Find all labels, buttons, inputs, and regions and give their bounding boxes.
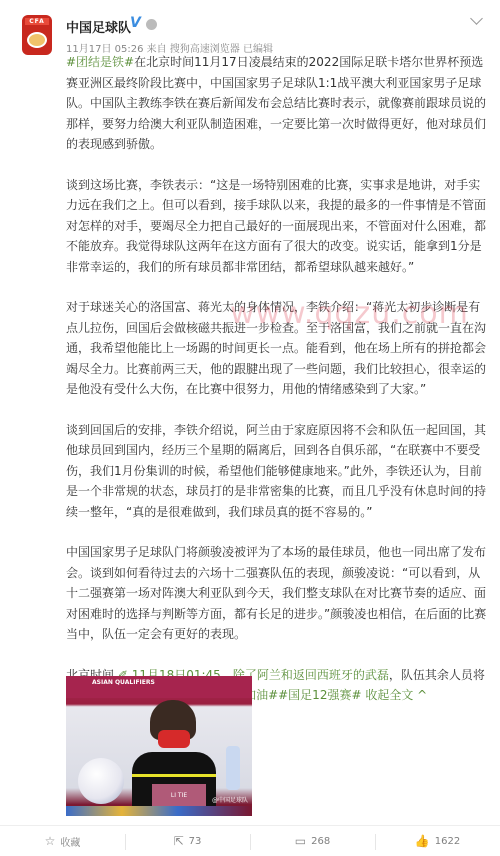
- repost-button[interactable]: ⇱ 73: [125, 826, 250, 856]
- action-bar: ☆ 收藏 ⇱ 73 ▭ 268 👍 1622: [0, 826, 500, 856]
- username[interactable]: 中国足球队: [66, 17, 131, 36]
- thumbs-up-icon: 👍: [415, 834, 430, 848]
- share-icon: ⇱: [174, 834, 184, 848]
- post-image[interactable]: ASIAN QUALIFIERS LI TIE @中国足球队: [66, 676, 252, 816]
- collapse-button[interactable]: 收起全文 ^: [362, 688, 428, 702]
- repost-count: 73: [189, 836, 202, 847]
- avatar[interactable]: CFA: [22, 15, 52, 55]
- image-watermark: @中国足球队: [212, 795, 248, 804]
- comment-icon: ▭: [295, 834, 306, 848]
- comment-button[interactable]: ▭ 268: [250, 826, 375, 856]
- favorite-button[interactable]: ☆ 收藏: [0, 826, 125, 856]
- image-banner-text: ASIAN QUALIFIERS: [66, 676, 252, 698]
- like-count: 1622: [435, 836, 460, 847]
- water-bottle: [226, 746, 240, 790]
- paragraph-3: 对于球迷关心的洛国富、蒋光太的身体情况，李铁介绍：“蒋光太初步诊断是有点儿拉伤，…: [66, 297, 490, 400]
- post-header: CFA 中国足球队 V 11月17日 05:26 来自 搜狗高速浏览器 已编辑: [0, 0, 500, 52]
- level-badge-icon: [146, 19, 157, 30]
- verified-icon: V: [130, 15, 141, 31]
- nameplate: LI TIE: [152, 784, 206, 808]
- star-icon: ☆: [45, 834, 56, 848]
- comment-count: 268: [311, 836, 330, 847]
- avatar-emblem-icon: [27, 32, 47, 48]
- hashtag-link[interactable]: #团结是铁#: [66, 55, 134, 69]
- avatar-badge-text: CFA: [25, 18, 49, 25]
- post-content: #团结是铁#在北京时间11月17日凌晨结束的2022国际足联卡塔尔世界杯预选赛亚…: [66, 52, 490, 706]
- paragraph-1: #团结是铁#在北京时间11月17日凌晨结束的2022国际足联卡塔尔世界杯预选赛亚…: [66, 52, 490, 155]
- like-button[interactable]: 👍 1622: [375, 826, 500, 856]
- paragraph-2: 谈到这场比赛，李铁表示：“这是一场特别困难的比赛，实事求是地讲，对手实力远在我们…: [66, 175, 490, 278]
- paragraph-5: 中国国家男子足球队门将颜骏凌被评为了本场的最佳球员，他也一同出席了发布会。谈到如…: [66, 542, 490, 645]
- paragraph-4: 谈到回国后的安排，李铁介绍说，阿兰由于家庭原因将不会和队伍一起回国，其他球员回到…: [66, 420, 490, 523]
- paragraph-text: 在北京时间11月17日凌晨结束的2022国际足联卡塔尔世界杯预选赛亚洲区最终阶段…: [66, 55, 486, 151]
- chevron-down-icon[interactable]: [470, 12, 483, 25]
- favorite-label: 收藏: [60, 834, 80, 849]
- football-icon: [78, 758, 124, 804]
